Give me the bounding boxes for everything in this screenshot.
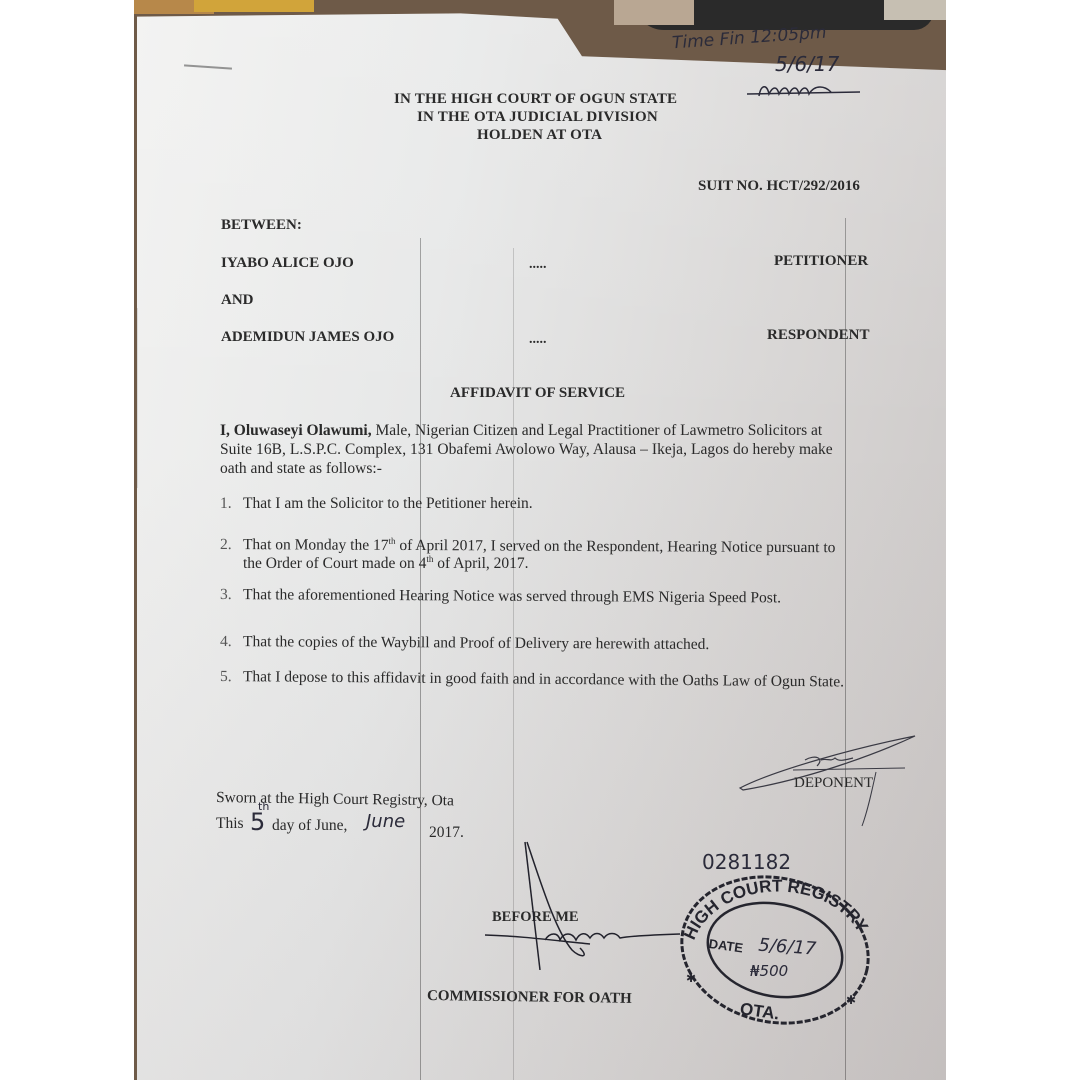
petitioner-name: IYABO ALICE OJO bbox=[221, 256, 354, 271]
statement-3: 3.That the aforementioned Hearing Notice… bbox=[220, 585, 781, 607]
court-header-line2: IN THE OTA JUDICIAL DIVISION bbox=[417, 110, 658, 125]
stray-mark bbox=[184, 64, 232, 69]
deponent-name: I, Oluwaseyi Olawumi, bbox=[220, 422, 372, 439]
deponent-signature-tail-icon bbox=[858, 770, 888, 830]
statement-4: 4.That the copies of the Waybill and Pro… bbox=[220, 632, 709, 654]
svg-text:DATE: DATE bbox=[708, 936, 745, 956]
between-label: BETWEEN: bbox=[221, 218, 302, 233]
jurat-month-handwritten: June bbox=[366, 811, 405, 832]
petitioner-dots: ..... bbox=[529, 258, 547, 272]
svg-text:✱: ✱ bbox=[846, 993, 856, 1007]
svg-text:5/6/17: 5/6/17 bbox=[758, 935, 818, 960]
affidavit-title: AFFIDAVIT OF SERVICE bbox=[450, 386, 625, 401]
jurat-day-suffix-handwritten: th bbox=[258, 800, 269, 813]
high-court-registry-stamp-icon: HIGH COURT REGISTRY OTA. DATE 5/6/17 ₦50… bbox=[678, 872, 873, 1027]
jurat-year: 2017. bbox=[429, 825, 464, 841]
statement-2-line2: the Order of Court made on 4th of April,… bbox=[243, 550, 529, 573]
court-header-line1: IN THE HIGH COURT OF OGUN STATE bbox=[394, 92, 677, 107]
suit-number: SUIT NO. HCT/292/2016 bbox=[698, 179, 860, 194]
statement-1: 1.That I am the Solicitor to the Petitio… bbox=[220, 494, 533, 513]
svg-text:✱: ✱ bbox=[686, 971, 696, 985]
respondent-dots: ..... bbox=[529, 333, 547, 347]
receipt-signature-icon bbox=[745, 80, 865, 102]
petitioner-role: PETITIONER bbox=[774, 254, 868, 269]
jurat-line1: Sworn at the High Court Registry, Ota bbox=[216, 790, 454, 809]
intro-line3: oath and state as follows:- bbox=[220, 459, 382, 478]
receipt-number: 0281182 bbox=[702, 850, 791, 874]
respondent-role: RESPONDENT bbox=[767, 328, 870, 343]
and-label: AND bbox=[221, 293, 254, 308]
court-header-line3: HOLDEN AT OTA bbox=[477, 128, 602, 143]
intro-line1: I, Oluwaseyi Olawumi, Male, Nigerian Cit… bbox=[220, 421, 886, 440]
jurat-this: This bbox=[216, 816, 244, 832]
fold-line bbox=[137, 308, 138, 488]
fold-line bbox=[420, 238, 421, 1080]
intro-line2: Suite 16B, L.S.P.C. Complex, 131 Obafemi… bbox=[220, 440, 833, 459]
jurat-day-of-month: day of June, bbox=[272, 818, 347, 834]
commissioner-signature-icon bbox=[480, 840, 700, 970]
svg-text:₦500: ₦500 bbox=[749, 962, 788, 980]
respondent-name: ADEMIDUN JAMES OJO bbox=[221, 330, 394, 345]
handwritten-date: 5/6/17 bbox=[775, 52, 839, 76]
svg-text:OTA.: OTA. bbox=[739, 999, 781, 1023]
commissioner-label: COMMISSIONER FOR OATH bbox=[427, 989, 632, 1007]
